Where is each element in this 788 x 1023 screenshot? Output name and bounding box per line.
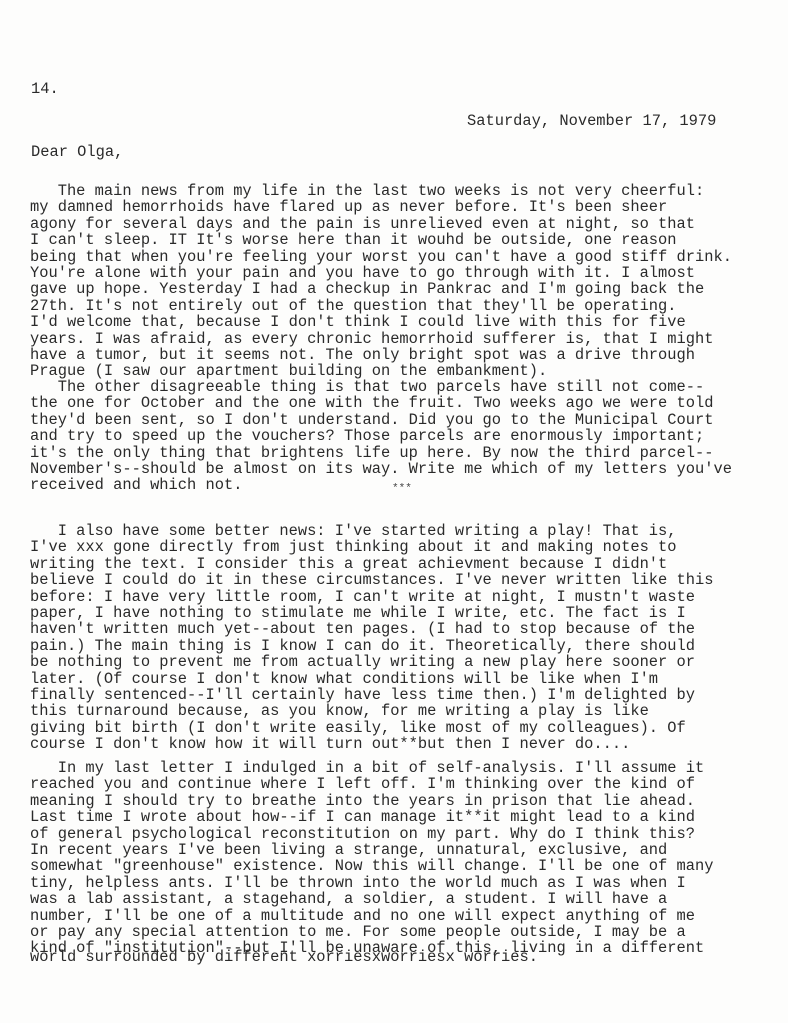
text-line: writing the text. I consider this a grea… <box>30 556 667 572</box>
text-line: my damned hemorrhoids have flared up as … <box>30 199 667 215</box>
text-line: received and which not. <box>30 477 242 493</box>
text-line: The main news from my life in the last t… <box>30 183 704 199</box>
text-line: meaning I should try to breathe into the… <box>30 793 695 809</box>
text-line: and try to speed up the vouchers? Those … <box>30 428 704 444</box>
text-line: reached you and continue where I left of… <box>30 776 695 792</box>
text-line: was a lab assistant, a stagehand, a sold… <box>30 891 667 907</box>
text-line: later. (Of course I don't know what cond… <box>30 671 658 687</box>
text-line: being that when you're feeling your wors… <box>30 249 732 265</box>
text-line: tiny, helpless ants. I'll be thrown into… <box>30 875 686 891</box>
text-line: gave up hope. Yesterday I had a checkup … <box>30 281 704 297</box>
text-line: I also have some better news: I've start… <box>30 523 677 539</box>
text-line: be nothing to prevent me from actually w… <box>30 654 695 670</box>
text-line: You're alone with your pain and you have… <box>30 265 695 281</box>
text-line: world surrounded by different xorriesxwo… <box>30 949 538 965</box>
text-line: agony for several days and the pain is u… <box>30 216 695 232</box>
text-line: they'd been sent, so I don't understand.… <box>30 412 713 428</box>
text-line: believe I could do it in these circumsta… <box>30 572 713 588</box>
text-line: before: I have very little room, I can't… <box>30 589 695 605</box>
text-line: years. I was afraid, as every chronic he… <box>30 331 713 347</box>
text-line: course I don't know how it will turn out… <box>30 736 630 752</box>
text-line: pain.) The main thing is I know I can do… <box>30 638 695 654</box>
text-line: November's--should be almost on its way.… <box>30 461 732 477</box>
text-line: finally sentenced--I'll certainly have l… <box>30 687 695 703</box>
text-line: The other disagreeable thing is that two… <box>30 379 704 395</box>
text-line: In recent years I've been living a stran… <box>30 842 667 858</box>
text-line: this turnaround because, as you know, fo… <box>30 703 649 719</box>
typewritten-letter-page: 14. Saturday, November 17, 1979 Dear Olg… <box>0 0 788 1023</box>
text-line: I can't sleep. IT It's worse here than i… <box>30 232 677 248</box>
text-line: haven't written much yet--about ten page… <box>30 621 695 637</box>
text-line: I've xxx gone directly from just thinkin… <box>30 539 677 555</box>
salutation: Dear Olga, <box>31 143 123 161</box>
section-divider: *** <box>392 483 412 495</box>
text-line: giving bit birth (I don't write easily, … <box>30 720 686 736</box>
text-line: or pay any special attention to me. For … <box>30 924 686 940</box>
text-line: it's the only thing that brightens life … <box>30 445 713 461</box>
text-line: of general psychological reconstitution … <box>30 826 695 842</box>
text-line: I'd welcome that, because I don't think … <box>30 314 686 330</box>
letter-date: Saturday, November 17, 1979 <box>467 112 716 130</box>
text-line: Last time I wrote about how--if I can ma… <box>30 809 695 825</box>
text-line: In my last letter I indulged in a bit of… <box>30 760 704 776</box>
text-line: somewhat "greenhouse" existence. Now thi… <box>30 858 713 874</box>
text-line: have a tumor, but it seems not. The only… <box>30 347 695 363</box>
page-number: 14. <box>31 80 59 98</box>
text-line: number, I'll be one of a multitude and n… <box>30 908 695 924</box>
text-line: paper, I have nothing to stimulate me wh… <box>30 605 686 621</box>
text-line: the one for October and the one with the… <box>30 395 713 411</box>
text-line: Prague (I saw our apartment building on … <box>30 363 547 379</box>
text-line: 27th. It's not entirely out of the quest… <box>30 298 677 314</box>
